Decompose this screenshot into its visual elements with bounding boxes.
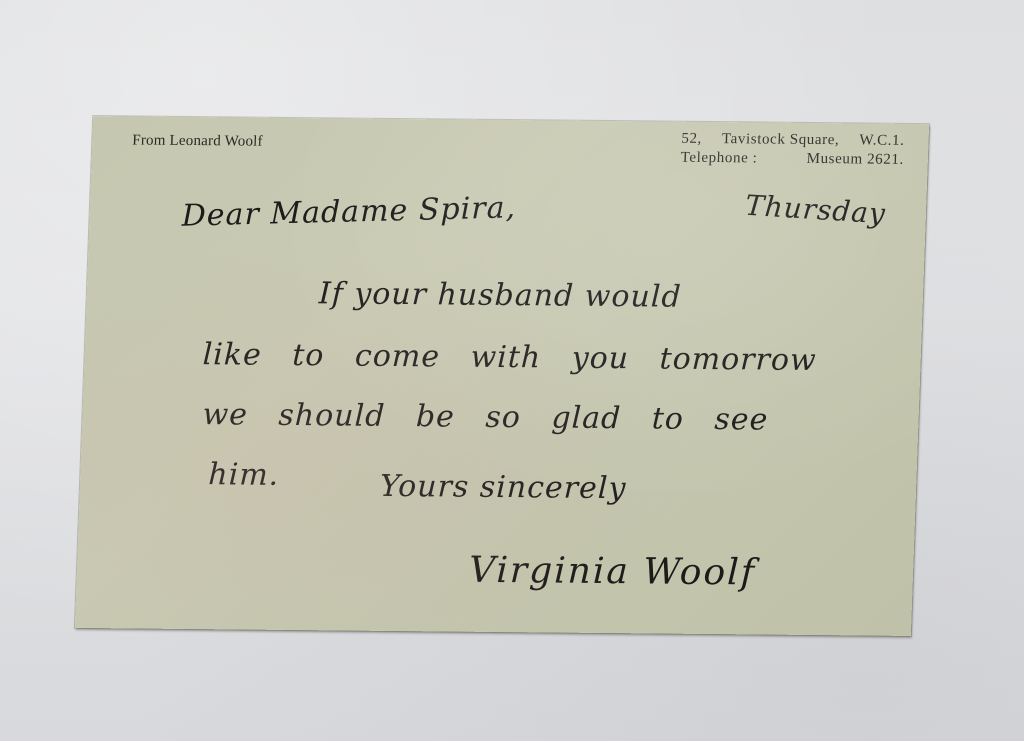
salutation: Dear Madame Spira,: [182, 190, 516, 233]
telephone-label: Telephone :: [680, 149, 757, 169]
body-line: like to come with you tomorrow: [202, 337, 817, 378]
address-row: 52, Tavistock Square, W.C.1.: [681, 130, 905, 151]
day-of-week: Thursday: [744, 189, 887, 231]
body-line: him.: [208, 457, 280, 493]
closing: Yours sincerely: [379, 469, 627, 506]
signature: Virginia Woolf: [468, 550, 756, 594]
body-line: If your husband would: [318, 276, 682, 314]
address-street-number: 52,: [681, 130, 702, 149]
body-line: we should be so glad to see: [202, 397, 769, 437]
telephone-number: Museum 2621.: [806, 150, 904, 170]
telephone-row: Telephone : Museum 2621.: [680, 149, 904, 170]
correspondence-card: From Leonard Woolf 52, Tavistock Square,…: [75, 116, 929, 636]
letterhead-sender: From Leonard Woolf: [132, 132, 263, 150]
address-street: Tavistock Square,: [722, 130, 840, 150]
letterhead-address: 52, Tavistock Square, W.C.1. Telephone :…: [680, 130, 905, 170]
address-district: W.C.1.: [859, 131, 905, 150]
